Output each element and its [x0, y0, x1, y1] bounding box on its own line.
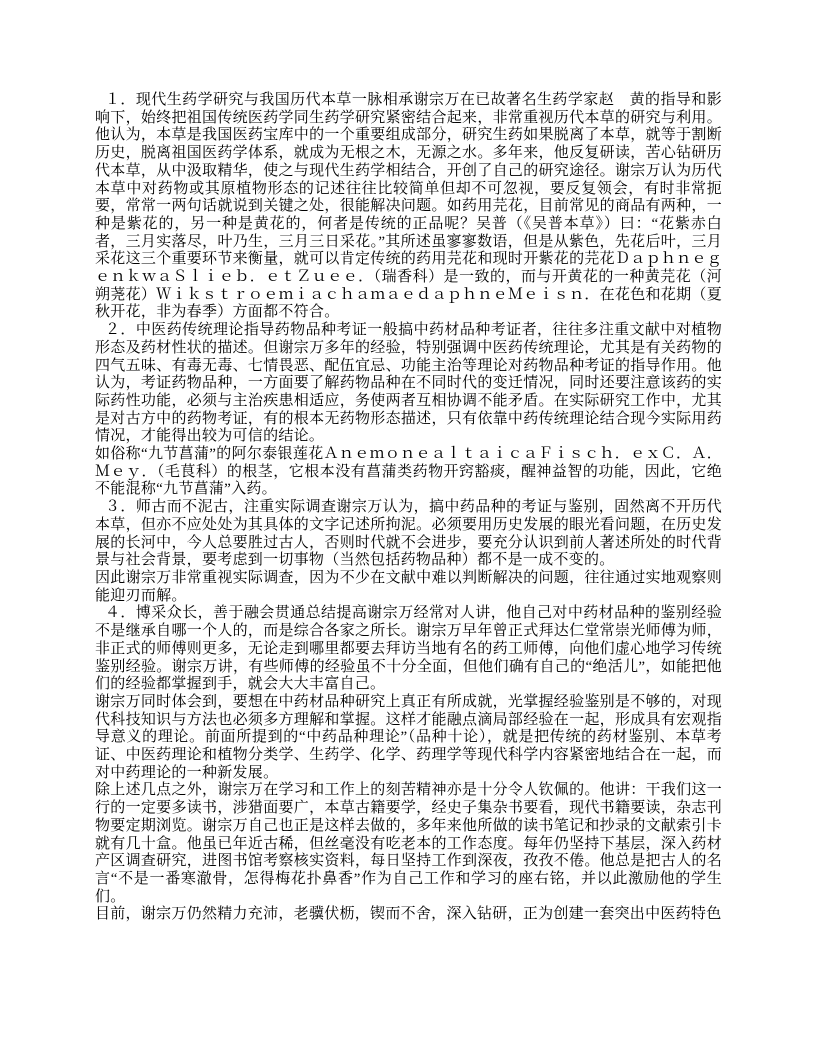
paragraph-8-diligent-spirit: 除上述几点之外，谢宗万在学习和工作上的刻苦精神亦是十分令人钦佩的。他讲：干我们这…	[95, 782, 722, 906]
document-page: １．现代生药学研究与我国历代本草一脉相承谢宗万在已故著名生药学家赵 黄的指导和影…	[0, 0, 816, 1056]
paragraph-1-modern-pharmacognosy: １．现代生药学研究与我国历代本草一脉相承谢宗万在已故著名生药学家赵 黄的指导和影…	[95, 92, 722, 322]
paragraph-4-respect-not-bound-by-ancients: ３．师古而不泥古，注重实际调查谢宗万认为，搞中药品种的考证与鉴别，固然离不开历代…	[95, 499, 722, 570]
paragraph-5-field-investigation: 因此谢宗万非常重视实际调查，因为不少在文献中难以判断解决的问题，往往通过实地观察…	[95, 570, 722, 605]
paragraph-7-variety-theory: 谢宗万同时体会到，要想在中药材品种研究上真正有所成就，光掌握经验鉴别是不够的，对…	[95, 694, 722, 783]
paragraph-3-jiujie-changpu-example: 如俗称“九节菖蒲”的阿尔泰银莲花ＡｎｅｍｏｎｅａｌｔａｉｃａＦｉｓｃｈ．ｅｘＣ．…	[95, 446, 722, 499]
paragraph-6-learning-from-many-masters: ４．博采众长，善于融会贯通总结提高谢宗万经常对人讲，他自己对中药材品种的鉴别经验…	[95, 605, 722, 694]
paragraph-9-current-status: 目前，谢宗万仍然精力充沛，老骥伏枥，锲而不舍，深入钻研，正为创建一套突出中医药特…	[95, 906, 722, 924]
text-block: １．现代生药学研究与我国历代本草一脉相承谢宗万在已故著名生药学家赵 黄的指导和影…	[95, 92, 722, 924]
paragraph-2-tcm-traditional-theory: ２．中医药传统理论指导药物品种考证一般搞中药材品种考证者，往往多注重文献中对植物…	[95, 322, 722, 446]
